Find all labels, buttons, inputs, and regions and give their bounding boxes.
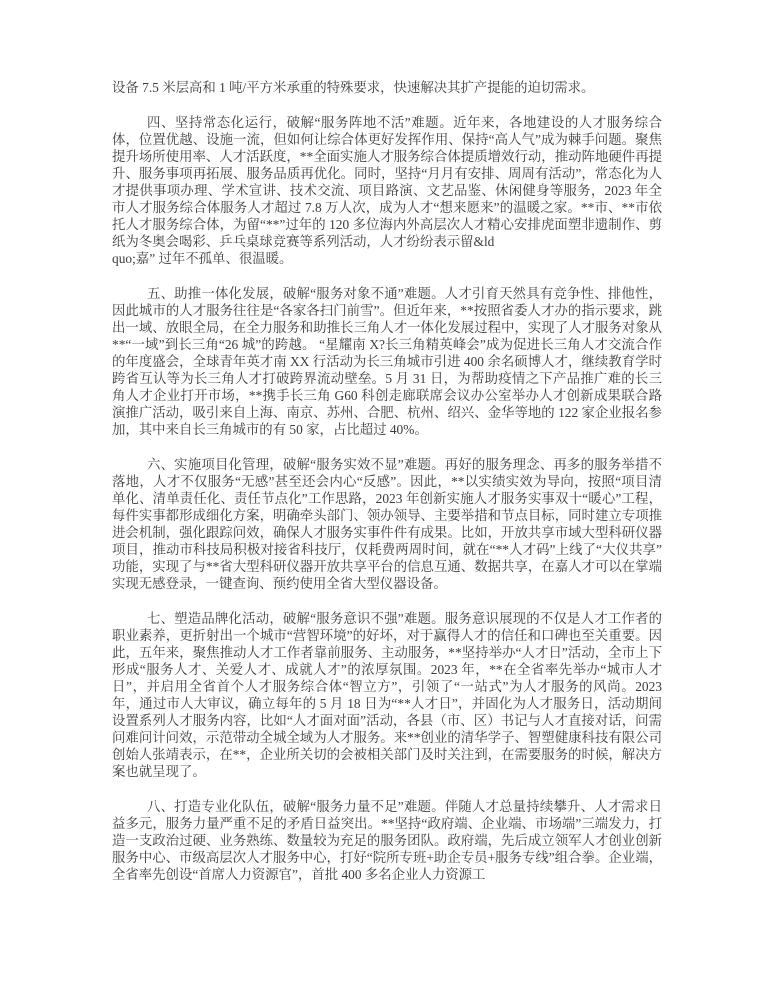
document-page: 设备 7.5 米层高和 1 吨/平方米承重的特殊要求，快速解决其扩产提能的迫切需… xyxy=(0,0,770,1000)
paragraph-text: 六、实施项目化管理，破解“服务实效不显”难题。再好的服务理念、再多的服务举措不落… xyxy=(112,456,662,592)
paragraph-text: 五、助推一体化发展，破解“服务对象不通”难题。人才引育天然具有竞争性、排他性，因… xyxy=(112,285,662,438)
paragraph: 八、打造专业化队伍，破解“服务力量不足”难题。伴随人才总量持续攀升、人才需求日益… xyxy=(112,798,662,883)
paragraph-text: 四、坚持常态化运行，破解“服务阵地不活”难题。近年来，各地建设的人才服务综合体，… xyxy=(112,114,662,250)
paragraph: 五、助推一体化发展，破解“服务对象不通”难题。人才引育天然具有竞争性、排他性，因… xyxy=(112,285,662,438)
paragraph-text: 设备 7.5 米层高和 1 吨/平方米承重的特殊要求，快速解决其扩产提能的迫切需… xyxy=(112,79,662,96)
paragraph-text: 八、打造专业化队伍，破解“服务力量不足”难题。伴随人才总量持续攀升、人才需求日益… xyxy=(112,798,662,883)
document-body: 设备 7.5 米层高和 1 吨/平方米承重的特殊要求，快速解决其扩产提能的迫切需… xyxy=(112,79,662,883)
paragraph-text: 七、塑造品牌化活动，破解“服务意识不强”难题。服务意识展现的不仅是人才工作者的职… xyxy=(112,610,662,780)
paragraph: 四、坚持常态化运行，破解“服务阵地不活”难题。近年来，各地建设的人才服务综合体，… xyxy=(112,114,662,267)
paragraph: 七、塑造品牌化活动，破解“服务意识不强”难题。服务意识展现的不仅是人才工作者的职… xyxy=(112,610,662,780)
paragraph-text: quo;嘉” 过年不孤单、很温暖。 xyxy=(112,250,662,267)
paragraph: 设备 7.5 米层高和 1 吨/平方米承重的特殊要求，快速解决其扩产提能的迫切需… xyxy=(112,79,662,96)
paragraph: 六、实施项目化管理，破解“服务实效不显”难题。再好的服务理念、再多的服务举措不落… xyxy=(112,456,662,592)
